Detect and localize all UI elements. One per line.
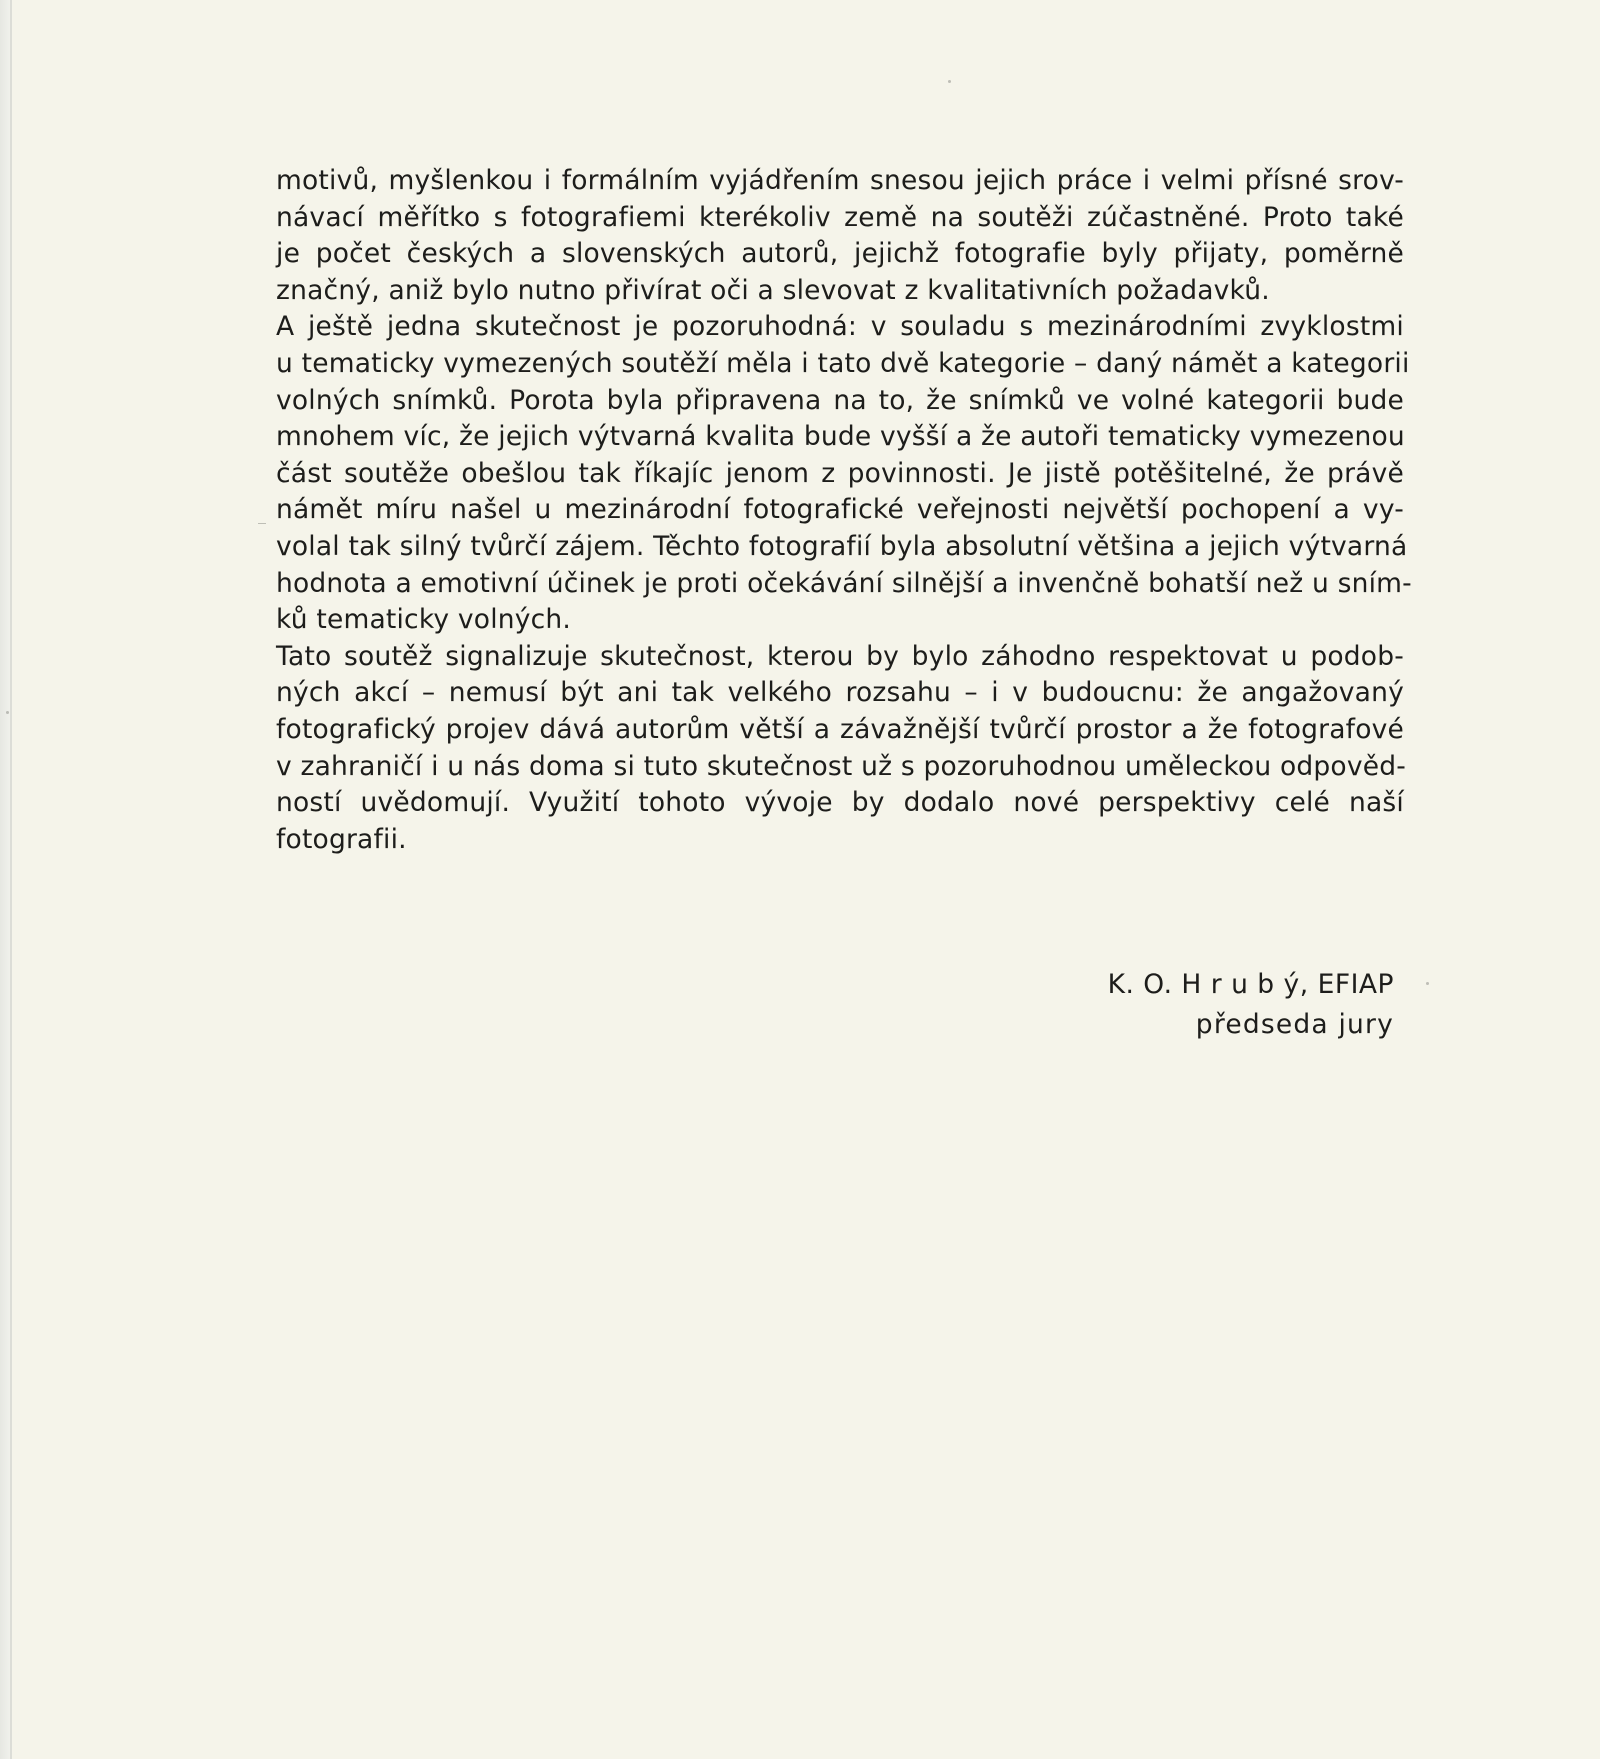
text-line: v zahraničí i u nás doma si tuto skutečn… (276, 749, 1404, 786)
text-line: je počet českých a slovenských autorů, j… (276, 236, 1404, 273)
signature-role: předseda jury (1108, 1005, 1394, 1045)
text-line: volal tak silný tvůrčí zájem. Těchto fot… (276, 529, 1404, 566)
text-line: A ještě jedna skutečnost je pozoruhodná:… (276, 309, 1404, 346)
text-line: ků tematicky volných. (276, 602, 1404, 639)
text-line: fotografický projev dává autorům větší a… (276, 712, 1404, 749)
text-line: část soutěže obešlou tak říkajíc jenom z… (276, 456, 1404, 493)
signature-block: K. O. H r u b ý, EFIAP předseda jury (1108, 965, 1394, 1045)
text-line: u tematicky vymezených soutěží měla i ta… (276, 346, 1404, 383)
body-text: motivů, myšlenkou i formálním vyjádřením… (276, 163, 1404, 858)
text-line: značný, aniž bylo nutno přivírat oči a s… (276, 273, 1404, 310)
paper-speck (258, 523, 266, 524)
text-line: ných akcí – nemusí být ani tak velkého r… (276, 675, 1404, 712)
paper-speck (948, 80, 951, 83)
signature-name: K. O. H r u b ý, EFIAP (1108, 965, 1394, 1005)
text-line: fotografii. (276, 822, 1404, 859)
text-line: návací měřítko s fotografiemi kterékoliv… (276, 200, 1404, 237)
text-line: Tato soutěž signalizuje skutečnost, kter… (276, 639, 1404, 676)
paper-speck (6, 711, 9, 714)
page-binding-edge (0, 0, 12, 1759)
paper-speck (1426, 982, 1429, 985)
text-line: námět míru našel u mezinárodní fotografi… (276, 492, 1404, 529)
text-line: mnohem víc, že jejich výtvarná kvalita b… (276, 419, 1404, 456)
text-line: volných snímků. Porota byla připravena n… (276, 383, 1404, 420)
text-line: hodnota a emotivní účinek je proti očeká… (276, 566, 1404, 603)
text-line: ností uvědomují. Využití tohoto vývoje b… (276, 785, 1404, 822)
text-line: motivů, myšlenkou i formálním vyjádřením… (276, 163, 1404, 200)
